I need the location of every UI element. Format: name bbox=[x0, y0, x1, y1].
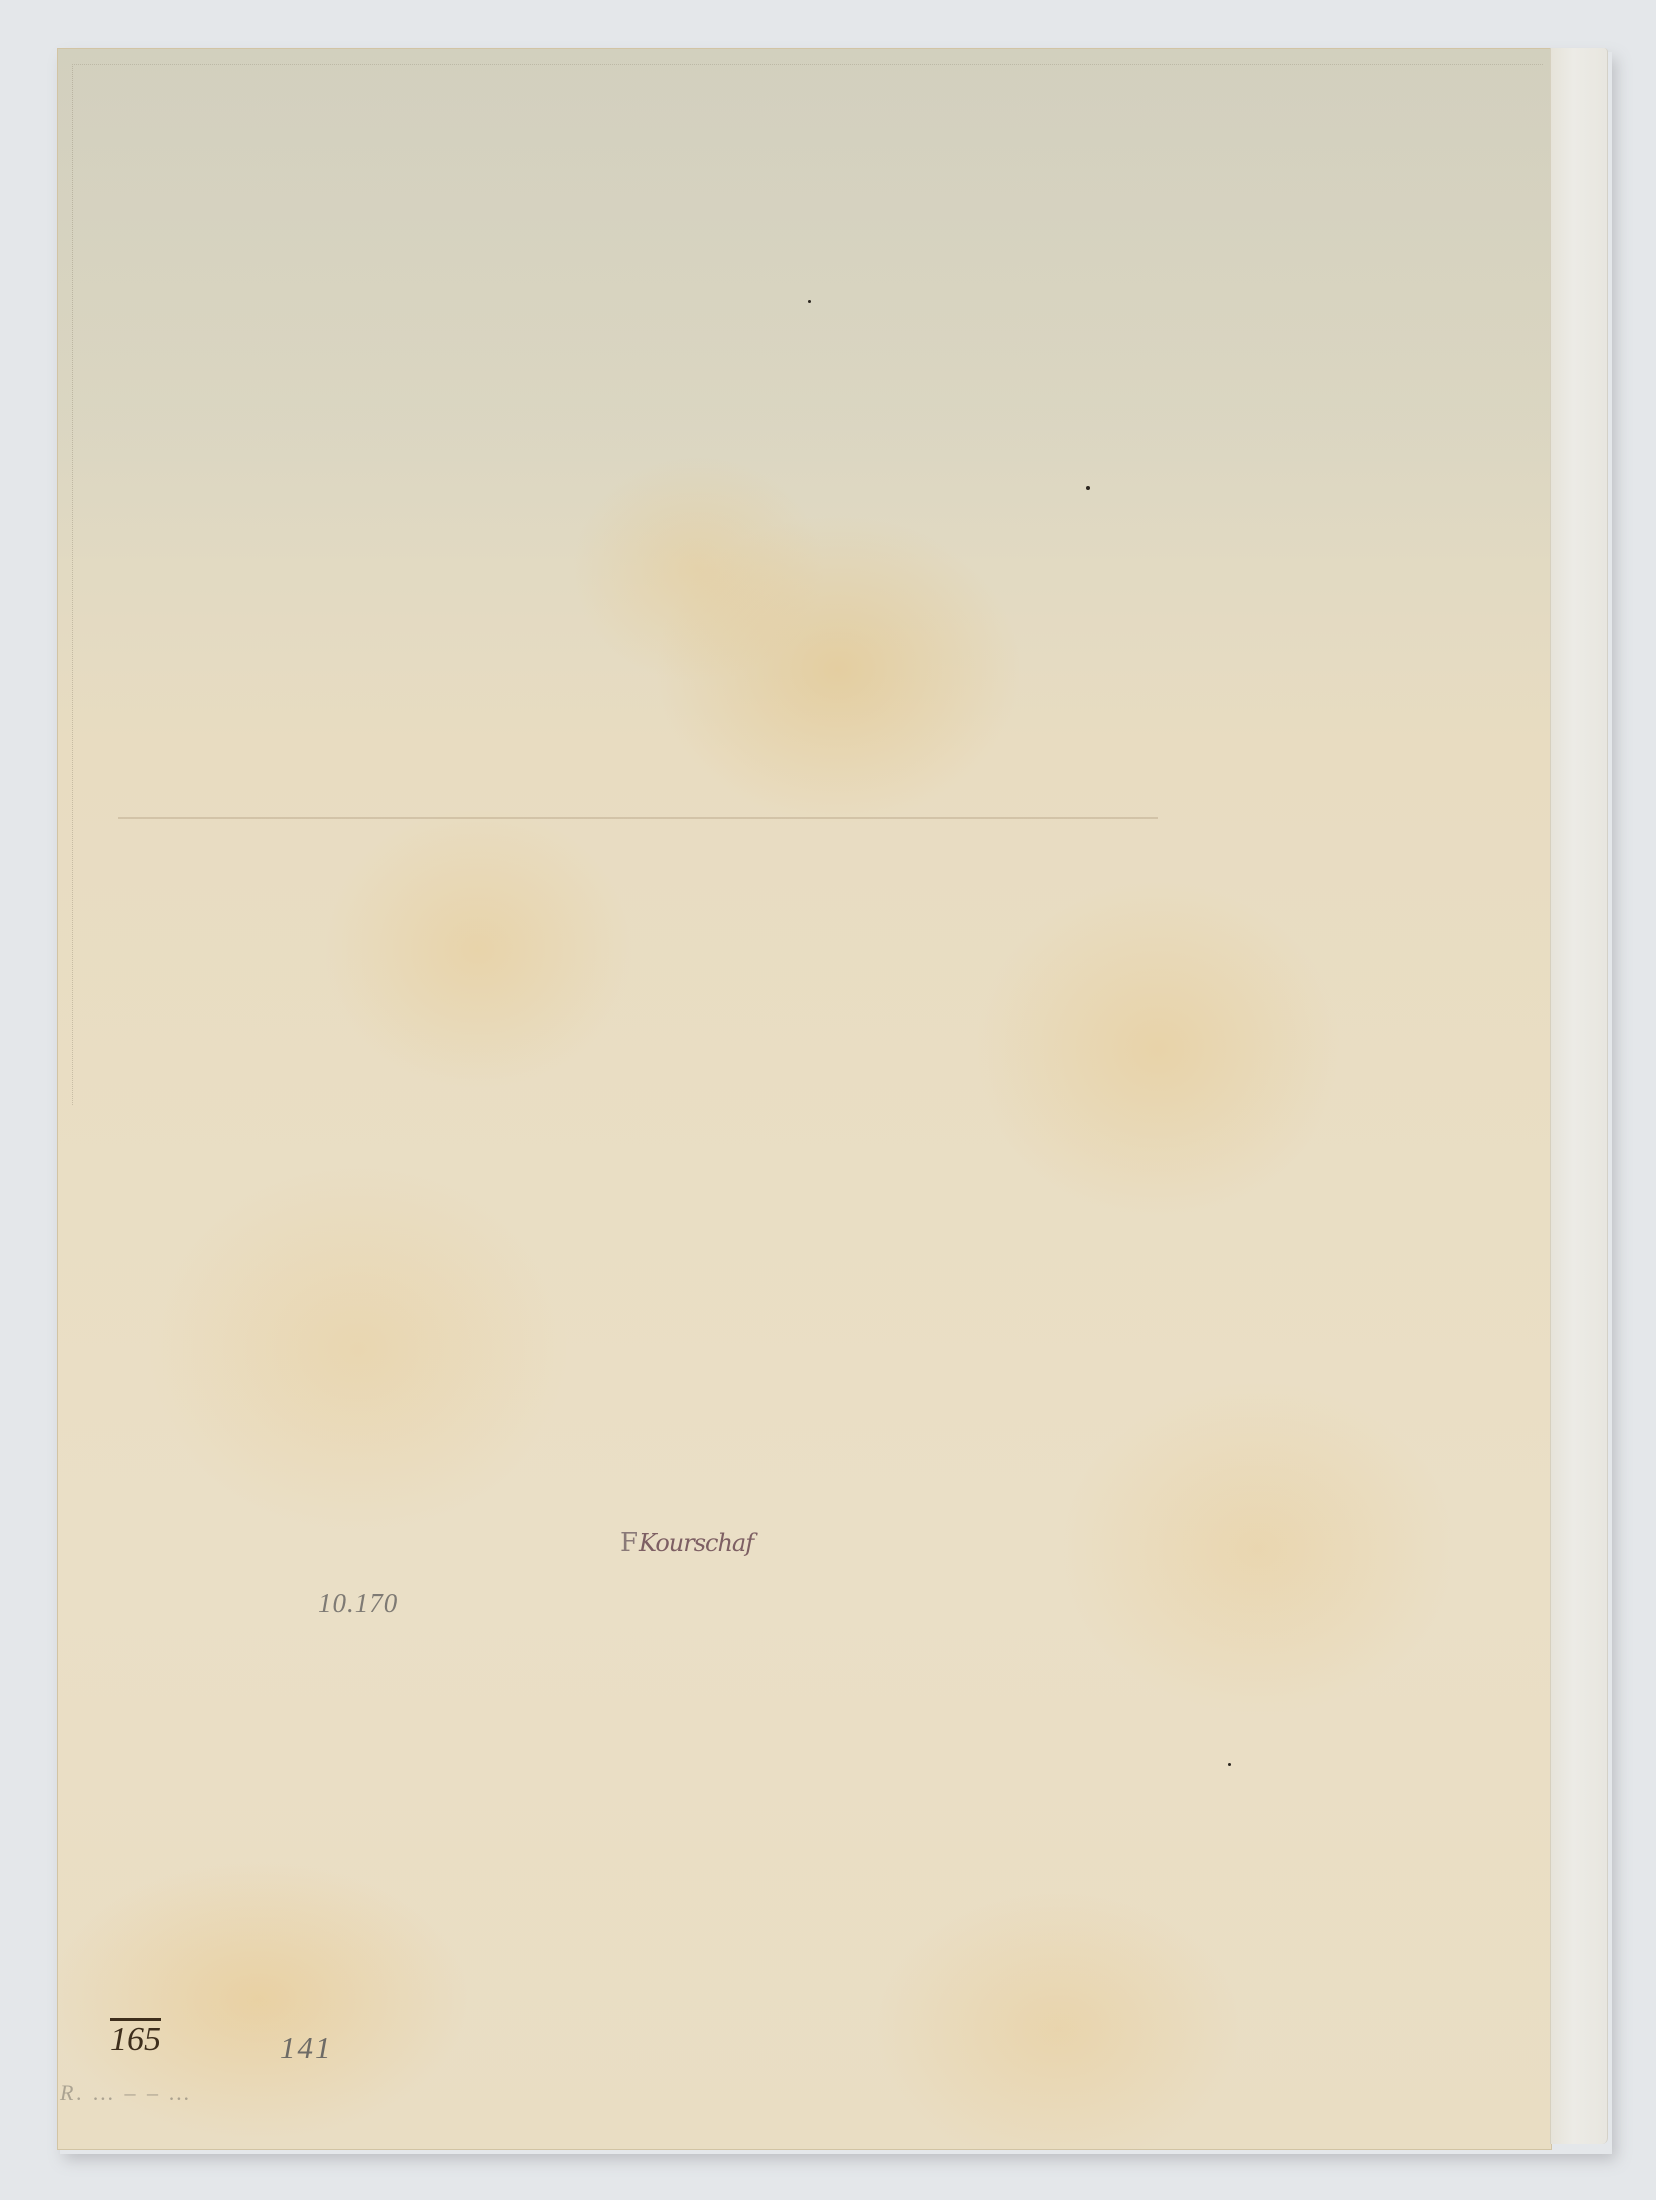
collector-mark-text: Kourschaf bbox=[639, 1529, 753, 1557]
ink-speck bbox=[1086, 486, 1090, 490]
ink-number-inscription: 165 bbox=[110, 2018, 161, 2057]
inventory-number-inscription: 10.170 bbox=[318, 1588, 398, 1619]
mounting-strip bbox=[1550, 48, 1608, 2144]
fold-line bbox=[118, 817, 1158, 819]
ink-speck bbox=[1228, 1763, 1231, 1766]
plate-mark bbox=[72, 64, 1543, 1105]
faint-pencil-inscription: R. … – – … bbox=[60, 2080, 192, 2106]
pencil-number-inscription: 141 bbox=[280, 2030, 333, 2066]
ink-speck bbox=[808, 300, 811, 303]
collector-mark-prefix: F bbox=[620, 1528, 637, 1558]
paper-sheet-verso bbox=[57, 48, 1552, 2150]
collector-mark-inscription: FKourschaf bbox=[620, 1528, 753, 1558]
